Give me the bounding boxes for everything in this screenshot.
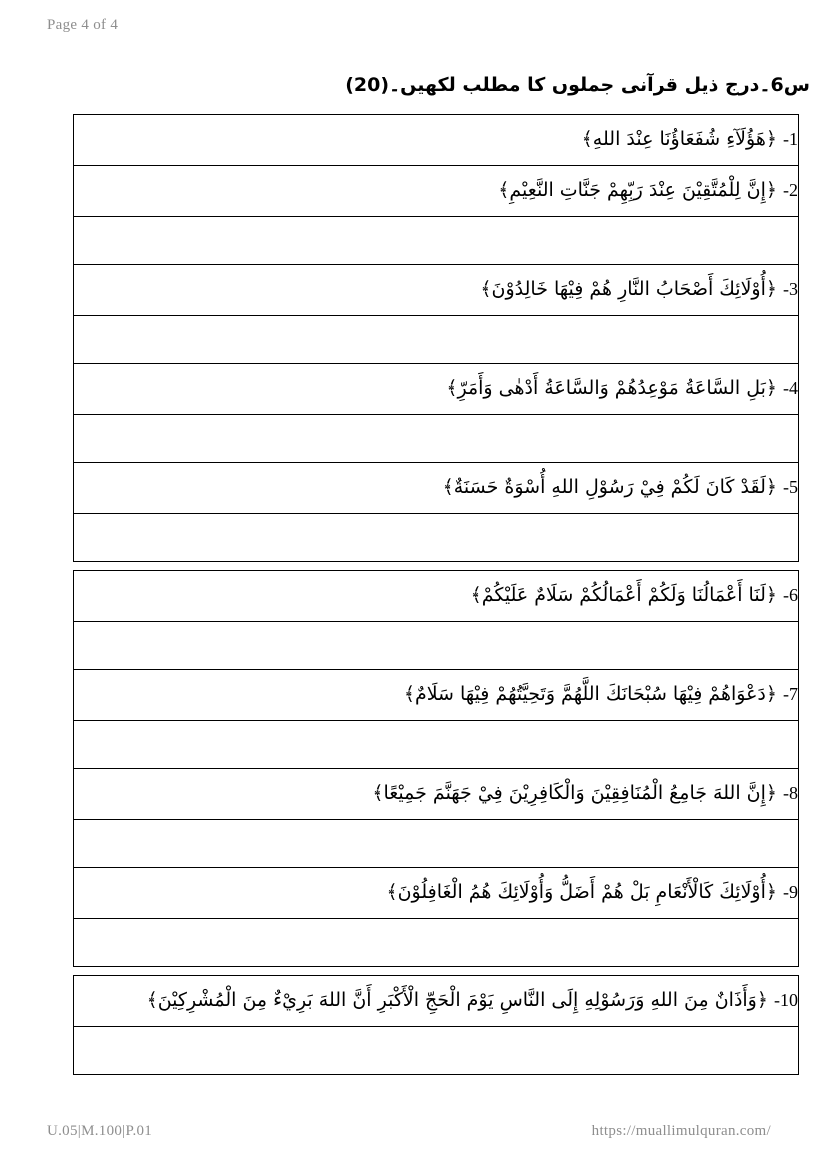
verse-text: ﴿أُوْلَائِكَ أَصْحَابُ النَّارِ هُمْ فِي…	[480, 278, 777, 300]
verse-cell-1: 1-﴿هَؤُلَآءِ شُفَعَاؤُنَا عِنْدَ اللهِ﴾	[74, 115, 799, 166]
answer-row-6	[74, 622, 799, 670]
answer-cell-10	[74, 1027, 799, 1075]
answer-cell-5	[74, 514, 799, 562]
verse-row-1: 1-﴿هَؤُلَآءِ شُفَعَاؤُنَا عِنْدَ اللهِ﴾	[74, 115, 799, 166]
verse-cell-7: 7-﴿دَعْوَاهُمْ فِيْهَا سُبْحَانَكَ اللَّ…	[74, 670, 799, 721]
table-section-2: 6-﴿لَنَا أَعْمَالُنَا وَلَكُمْ أَعْمَالُ…	[73, 570, 799, 967]
answers-table: 1-﴿هَؤُلَآءِ شُفَعَاؤُنَا عِنْدَ اللهِ﴾ …	[73, 114, 799, 1075]
verse-number: 5-	[783, 477, 798, 497]
verse-text: ﴿لَقَدْ كَانَ لَكُمْ فِيْ رَسُوْلِ اللهِ…	[443, 476, 777, 498]
verse-cell-2: 2-﴿إِنَّ لِلْمُتَّقِيْنَ عِنْدَ رَبِّهِم…	[74, 166, 799, 217]
worksheet-page: { "page": { "page_indicator": "Page 4 of…	[0, 0, 828, 1170]
page-indicator: Page 4 of 4	[47, 17, 118, 34]
verse-row-4: 4-﴿بَلِ السَّاعَةُ مَوْعِدُهُمْ وَالسَّا…	[74, 364, 799, 415]
verse-number: 4-	[783, 378, 798, 398]
verse-row-5: 5-﴿لَقَدْ كَانَ لَكُمْ فِيْ رَسُوْلِ الل…	[74, 463, 799, 514]
verse-text: ﴿إِنَّ لِلْمُتَّقِيْنَ عِنْدَ رَبِّهِمْ …	[498, 179, 777, 201]
verse-number: 10-	[774, 990, 798, 1010]
verse-text: ﴿وَأَذَانٌ مِنَ اللهِ وَرَسُوْلِهِ إِلَى…	[147, 989, 768, 1011]
answer-row-3	[74, 316, 799, 364]
verse-number: 3-	[783, 279, 798, 299]
footer-website-link[interactable]: https://muallimulquran.com/	[592, 1123, 771, 1140]
verse-row-3: 3-﴿أُوْلَائِكَ أَصْحَابُ النَّارِ هُمْ ف…	[74, 265, 799, 316]
answer-cell-6	[74, 622, 799, 670]
verse-number: 9-	[783, 882, 798, 902]
verse-number: 7-	[783, 684, 798, 704]
verse-number: 6-	[783, 585, 798, 605]
footer-document-code: U.05|M.100|P.01	[47, 1123, 152, 1140]
answer-row-8	[74, 820, 799, 868]
verse-row-9: 9-﴿أُوْلَائِكَ كَالْأَنْعَامِ بَلْ هُمْ …	[74, 868, 799, 919]
answer-row-7	[74, 721, 799, 769]
verse-number: 8-	[783, 783, 798, 803]
answer-row-10	[74, 1027, 799, 1075]
answer-row-2	[74, 217, 799, 265]
question-heading: س6۔درج ذیل قرآنی جملوں کا مطلب لکھیں۔(20…	[345, 74, 810, 96]
answer-cell-7	[74, 721, 799, 769]
verse-text: ﴿بَلِ السَّاعَةُ مَوْعِدُهُمْ وَالسَّاعَ…	[446, 377, 777, 399]
answer-row-9	[74, 919, 799, 967]
table-section-3: 10-﴿وَأَذَانٌ مِنَ اللهِ وَرَسُوْلِهِ إِ…	[73, 975, 799, 1075]
table-section-1: 1-﴿هَؤُلَآءِ شُفَعَاؤُنَا عِنْدَ اللهِ﴾ …	[73, 114, 799, 562]
verse-cell-10: 10-﴿وَأَذَانٌ مِنَ اللهِ وَرَسُوْلِهِ إِ…	[74, 976, 799, 1027]
answer-cell-3	[74, 316, 799, 364]
verse-row-8: 8-﴿إِنَّ اللهَ جَامِعُ الْمُنَافِقِيْنَ …	[74, 769, 799, 820]
verse-row-2: 2-﴿إِنَّ لِلْمُتَّقِيْنَ عِنْدَ رَبِّهِم…	[74, 166, 799, 217]
verse-text: ﴿إِنَّ اللهَ جَامِعُ الْمُنَافِقِيْنَ وَ…	[372, 782, 777, 804]
verse-cell-4: 4-﴿بَلِ السَّاعَةُ مَوْعِدُهُمْ وَالسَّا…	[74, 364, 799, 415]
verse-text: ﴿أُوْلَائِكَ كَالْأَنْعَامِ بَلْ هُمْ أَ…	[386, 881, 777, 903]
verse-cell-3: 3-﴿أُوْلَائِكَ أَصْحَابُ النَّارِ هُمْ ف…	[74, 265, 799, 316]
verse-text: ﴿دَعْوَاهُمْ فِيْهَا سُبْحَانَكَ اللَّهُ…	[404, 683, 777, 705]
answer-cell-8	[74, 820, 799, 868]
verse-cell-5: 5-﴿لَقَدْ كَانَ لَكُمْ فِيْ رَسُوْلِ الل…	[74, 463, 799, 514]
answer-cell-9	[74, 919, 799, 967]
verse-text: ﴿لَنَا أَعْمَالُنَا وَلَكُمْ أَعْمَالُكُ…	[471, 584, 777, 606]
verse-number: 1-	[783, 129, 798, 149]
verse-row-7: 7-﴿دَعْوَاهُمْ فِيْهَا سُبْحَانَكَ اللَّ…	[74, 670, 799, 721]
answer-cell-4	[74, 415, 799, 463]
answer-row-5	[74, 514, 799, 562]
answer-cell-2	[74, 217, 799, 265]
verse-text: ﴿هَؤُلَآءِ شُفَعَاؤُنَا عِنْدَ اللهِ﴾	[582, 128, 777, 150]
answer-row-4	[74, 415, 799, 463]
verse-cell-6: 6-﴿لَنَا أَعْمَالُنَا وَلَكُمْ أَعْمَالُ…	[74, 571, 799, 622]
verse-number: 2-	[783, 180, 798, 200]
verse-cell-8: 8-﴿إِنَّ اللهَ جَامِعُ الْمُنَافِقِيْنَ …	[74, 769, 799, 820]
verse-row-10: 10-﴿وَأَذَانٌ مِنَ اللهِ وَرَسُوْلِهِ إِ…	[74, 976, 799, 1027]
verse-cell-9: 9-﴿أُوْلَائِكَ كَالْأَنْعَامِ بَلْ هُمْ …	[74, 868, 799, 919]
verse-row-6: 6-﴿لَنَا أَعْمَالُنَا وَلَكُمْ أَعْمَالُ…	[74, 571, 799, 622]
